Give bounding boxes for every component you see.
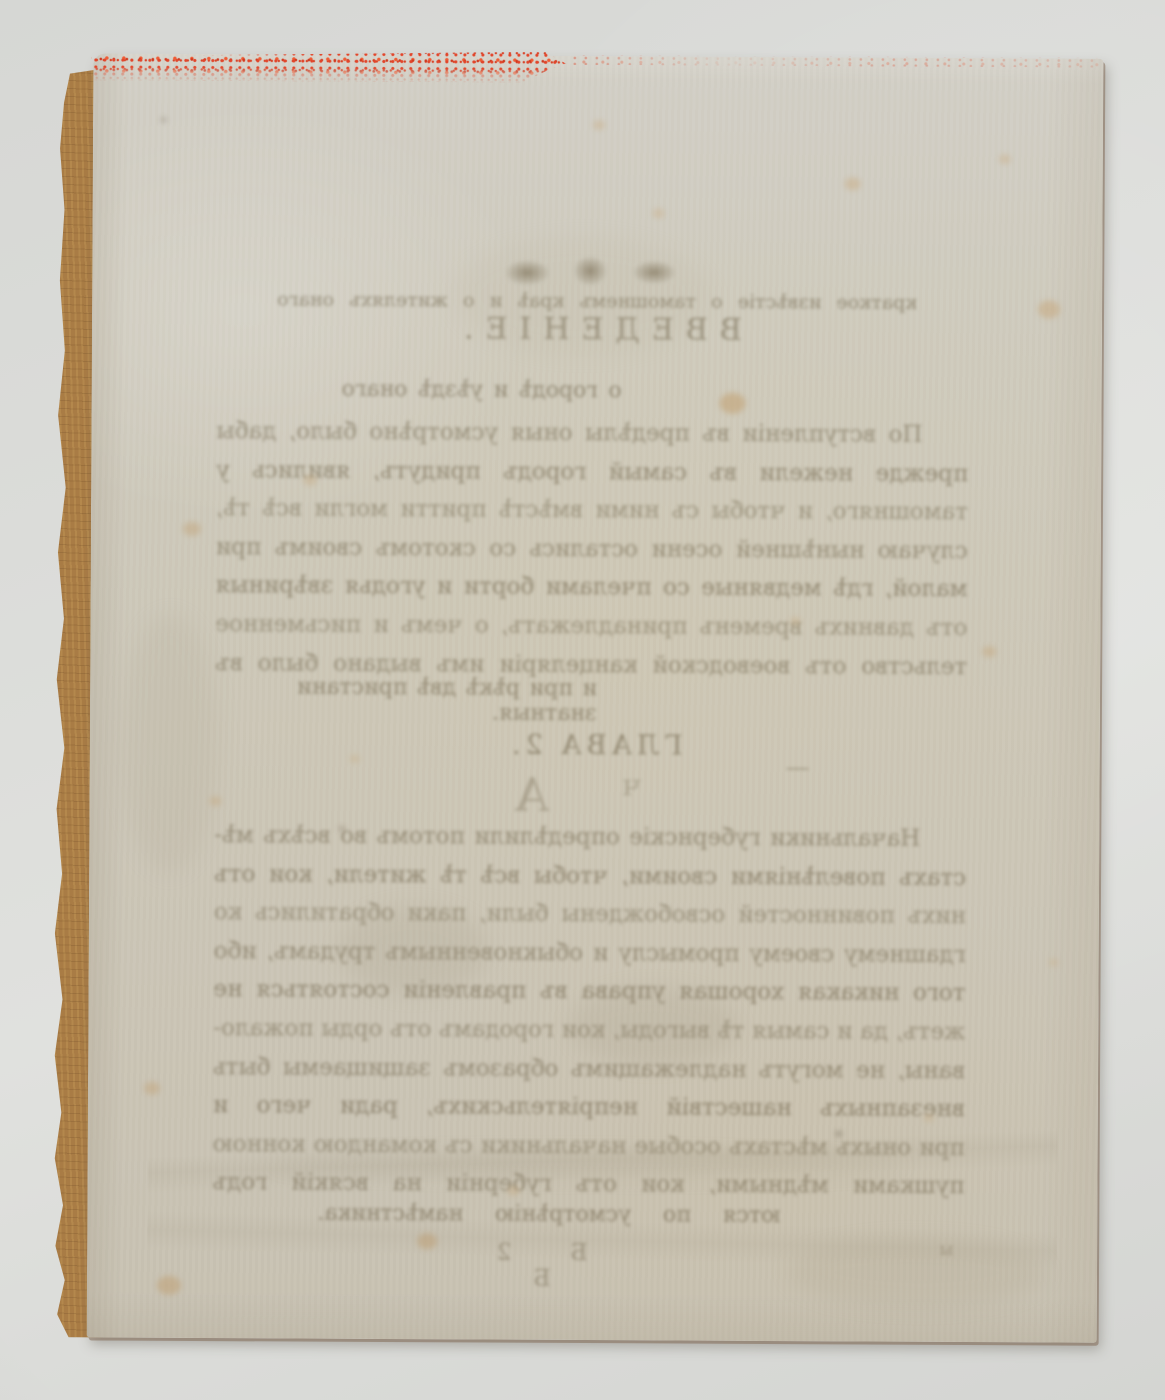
red-sprinkle-speckles xyxy=(569,55,1099,68)
showthrough-signature-mark: Б 2 Б xyxy=(439,1239,619,1292)
book-page-photo: краткое извѣстіе о тамошнемъ краѣ и о жи… xyxy=(51,51,1108,1346)
showthrough-initial-letter: ч xyxy=(607,768,641,803)
showthrough-subtitle: о городѣ и уѣздѣ онаго xyxy=(342,377,622,403)
showthrough-chapter-heading: ГЛАВА 2. xyxy=(90,727,1100,763)
red-sprinkled-top-edge xyxy=(91,49,569,83)
showthrough-paragraph-1-last-line: и при рѣкѣ двѣ пристани знатныя. xyxy=(297,675,597,727)
showthrough-drop-initial: А xyxy=(493,768,549,822)
showthrough-dash-mark: — xyxy=(766,753,810,781)
photo-background: краткое извѣстіе о тамошнемъ краѣ и о жи… xyxy=(0,0,1165,1400)
book-page: краткое извѣстіе о тамошнемъ краѣ и о жи… xyxy=(87,53,1104,1342)
showthrough-paragraph-2-last-line: ются по усмотрѣнію намѣстника. xyxy=(317,1201,780,1228)
showthrough-paragraph-1: По вступленіи въ предѣлы оныя усмотрѣно … xyxy=(215,412,968,686)
